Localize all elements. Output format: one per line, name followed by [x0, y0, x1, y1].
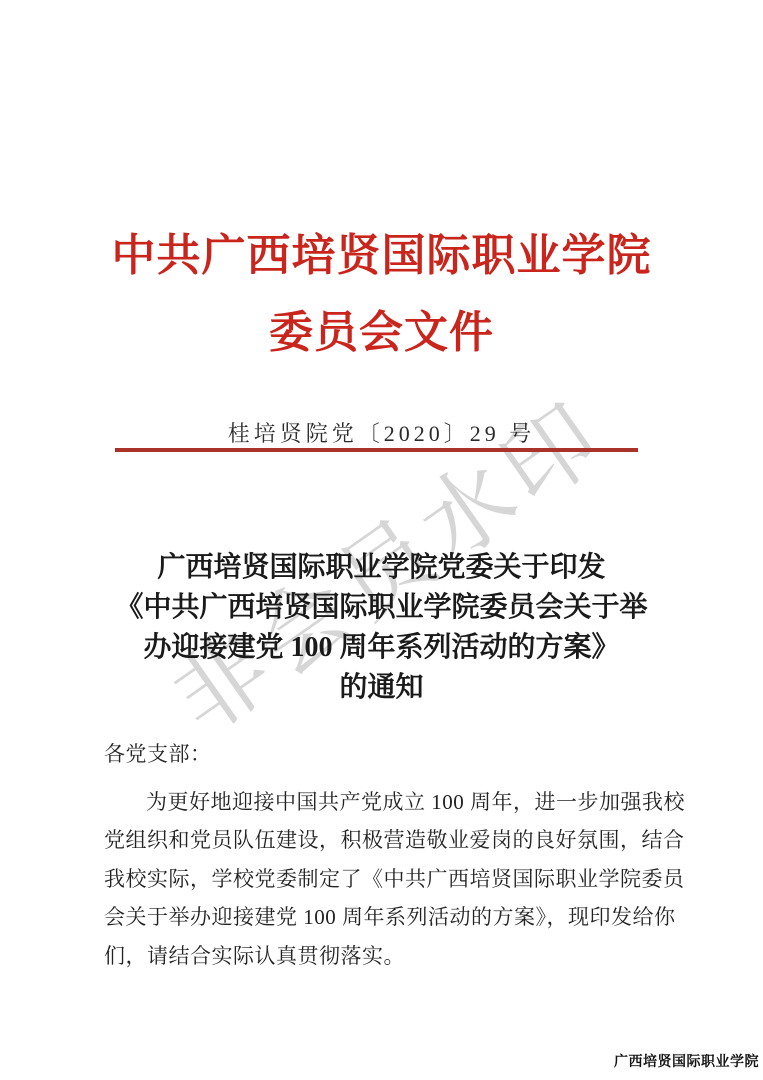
- letterhead-org-name: 中共广西培贤国际职业学院: [0, 219, 763, 283]
- notice-title-line: 办迎接建党 100 周年系列活动的方案》: [90, 628, 673, 668]
- letterhead-doc-type: 委员会文件: [0, 296, 763, 360]
- notice-title-line: 广西培贤国际职业学院党委关于印发: [90, 548, 673, 588]
- notice-title-line: 《中共广西培贤国际职业学院委员会关于举: [90, 588, 673, 628]
- body-paragraph-line: 我校实际，学校党委制定了《中共广西培贤国际职业学院委员: [104, 860, 662, 899]
- notice-title-line: 的通知: [90, 668, 673, 708]
- body-paragraph-line: 为更好地迎接中国共产党成立 100 周年，进一步加强我校: [104, 783, 662, 822]
- notice-body: 各党支部： 为更好地迎接中国共产党成立 100 周年，进一步加强我校 党组织和党…: [104, 735, 662, 975]
- footer-school-name: 广西培贤国际职业学院: [614, 1051, 759, 1071]
- notice-title: 广西培贤国际职业学院党委关于印发 《中共广西培贤国际职业学院委员会关于举 办迎接…: [90, 548, 673, 708]
- body-paragraph-line: 会关于举办迎接建党 100 周年系列活动的方案》，现印发给你: [104, 898, 662, 937]
- body-paragraph-line: 们，请结合实际认真贯彻落实。: [104, 937, 662, 976]
- document-page: 非会员水印 中共广西培贤国际职业学院 委员会文件 桂培贤院党〔2020〕29 号…: [0, 0, 763, 1080]
- red-divider-rule: [115, 448, 638, 452]
- document-reference-number: 桂培贤院党〔2020〕29 号: [0, 417, 763, 448]
- salutation: 各党支部：: [104, 735, 662, 774]
- body-paragraph-line: 党组织和党员队伍建设，积极营造敬业爱岗的良好氛围，结合: [104, 821, 662, 860]
